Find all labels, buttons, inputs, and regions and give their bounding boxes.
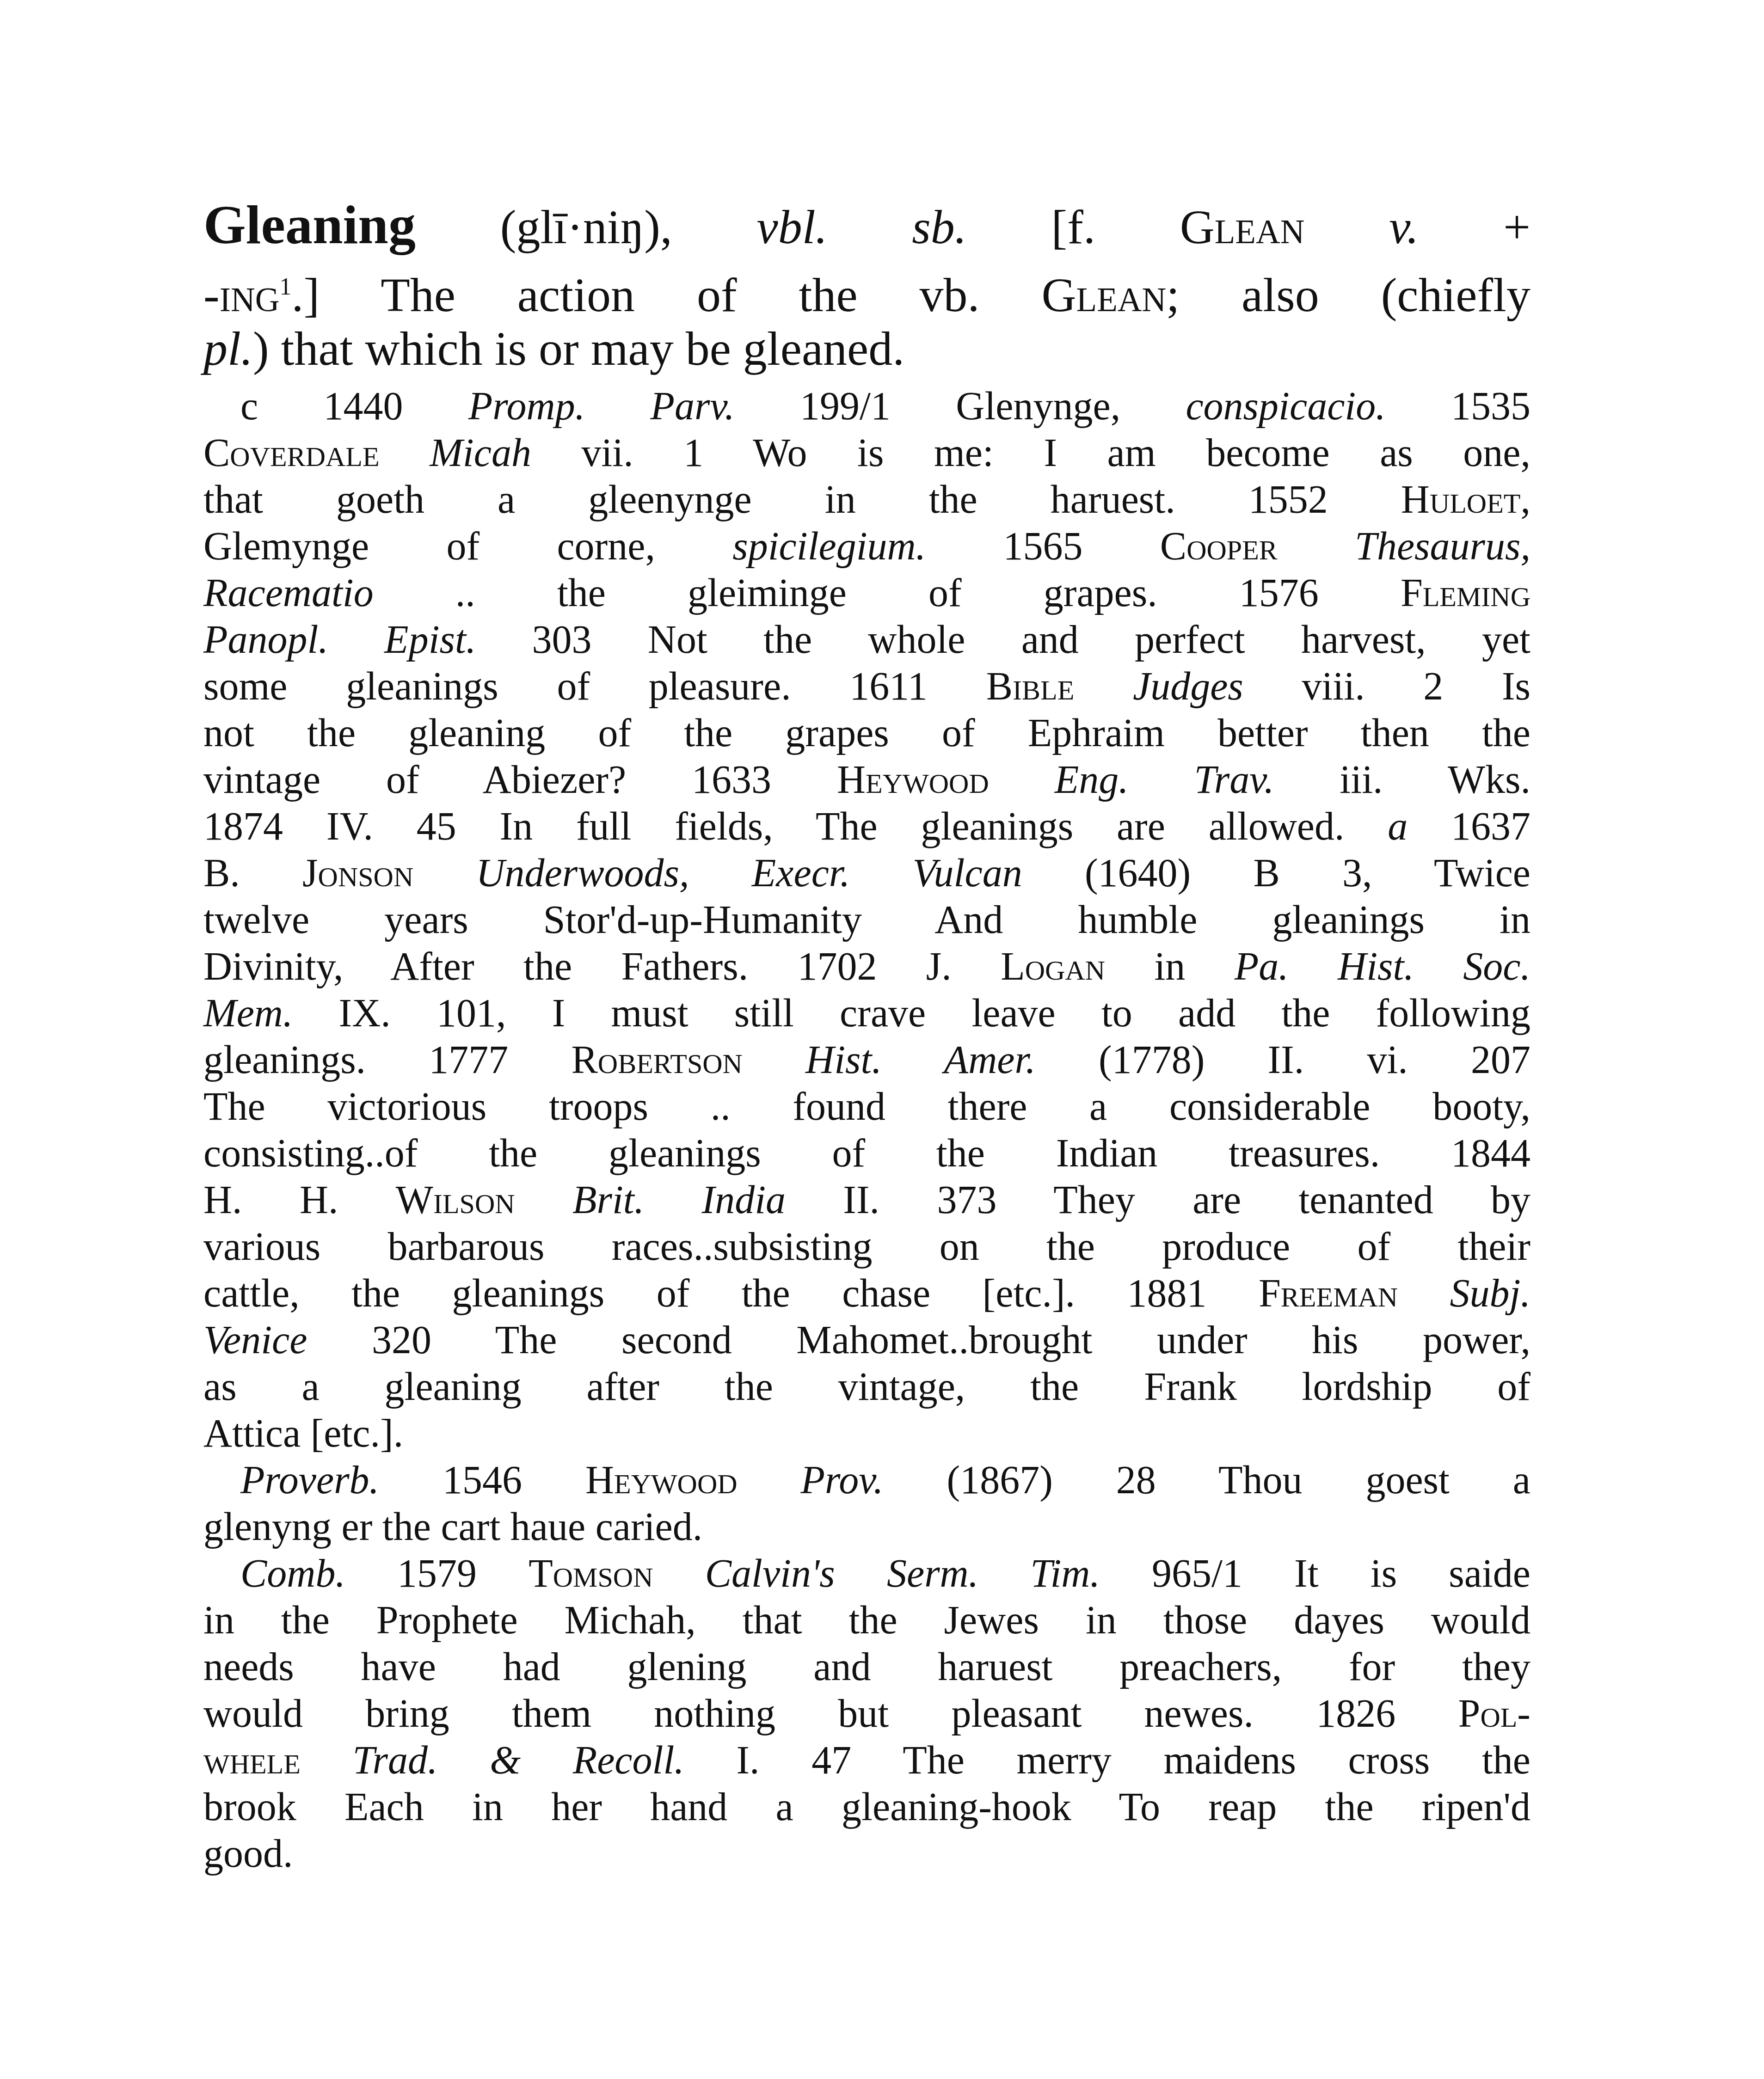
italic-text: Brit. India xyxy=(572,1177,786,1222)
quotation-text: glenyng er the cart haue caried. xyxy=(203,1504,702,1549)
quotation-text xyxy=(653,1551,705,1595)
quotation-text: 1535 xyxy=(1386,384,1530,428)
quotation-text: (1778) II. vi. 207 xyxy=(1036,1037,1530,1082)
quotation-line: would bring them nothing but pleasant ne… xyxy=(203,1690,1530,1737)
quotation-line: B. Jonson Underwoods, Execr. Vulcan (164… xyxy=(203,850,1530,896)
quotation-line: glenyng er the cart haue caried. xyxy=(203,1503,1530,1550)
quotation-line: Comb. 1579 Tomson Calvin's Serm. Tim. 96… xyxy=(203,1550,1530,1597)
quotation-line: cattle, the gleanings of the chase [etc.… xyxy=(203,1270,1530,1317)
quotation-text: that goeth a gleenynge in the haruest. 1… xyxy=(203,477,1401,521)
quotation-text: twelve years Stor'd-up-Humanity And humb… xyxy=(203,897,1530,942)
quotation-text: c 1440 xyxy=(240,384,468,428)
quotation-text: The victorious troops .. found there a c… xyxy=(203,1084,1530,1128)
definition-plural: pl. xyxy=(203,322,253,375)
quotation-text: H. H. xyxy=(203,1177,396,1222)
quotation-line: twelve years Stor'd-up-Humanity And humb… xyxy=(203,896,1530,943)
etymology-plus: + xyxy=(1419,201,1530,254)
quotation-line: as a gleaning after the vintage, the Fra… xyxy=(203,1363,1530,1410)
italic-text: Calvin's Serm. Tim. xyxy=(705,1551,1100,1595)
quotation-text: 1637 xyxy=(1408,804,1530,848)
quotation-text: various barbarous races..subsisting on t… xyxy=(203,1224,1530,1269)
quotation-text: Glemynge of corne, xyxy=(203,524,732,568)
author-name: Heywood xyxy=(837,757,989,802)
author-name: Huloet xyxy=(1401,477,1521,521)
quotation-line: Mem. IX. 101, I must still crave leave t… xyxy=(203,990,1530,1036)
italic-text: Promp. Parv. xyxy=(468,384,735,428)
italic-text: Proverb. xyxy=(240,1458,379,1502)
italic-text: Racematio xyxy=(203,570,374,615)
quotation-text: 303 Not the whole and perfect harvest, y… xyxy=(476,617,1530,662)
italic-text: Comb. xyxy=(240,1551,345,1595)
italic-text: Prov. xyxy=(801,1458,884,1502)
italic-text: Judges xyxy=(1133,664,1243,708)
italic-text: Venice xyxy=(203,1318,307,1362)
author-name: Bible xyxy=(986,664,1075,708)
dictionary-entry: Gleaning (glī·niŋ), vbl. sb. [f. Glean v… xyxy=(203,194,1530,1877)
quotation-text xyxy=(301,1738,353,1782)
author-name: Wilson xyxy=(396,1177,515,1222)
quotation-text: gleanings. 1777 xyxy=(203,1037,571,1082)
quotation-text: some gleanings of pleasure. 1611 xyxy=(203,664,986,708)
quotation-line: H. H. Wilson Brit. India II. 373 They ar… xyxy=(203,1177,1530,1223)
quotation-text: iii. Wks. xyxy=(1274,757,1530,802)
quotation-text xyxy=(738,1458,801,1502)
definition-part-2: ; also (chiefly xyxy=(1166,269,1530,322)
quotations-block: c 1440 Promp. Parv. 199/1 Glenynge, cons… xyxy=(203,383,1530,1877)
author-name: Fleming xyxy=(1401,570,1530,615)
quotation-line: Proverb. 1546 Heywood Prov. (1867) 28 Th… xyxy=(203,1457,1530,1503)
quotation-text: viii. 2 Is xyxy=(1243,664,1530,708)
quotation-text xyxy=(743,1037,805,1082)
quotation-text: I. 47 The merry maidens cross the xyxy=(684,1738,1530,1782)
quotation-line: good. xyxy=(203,1830,1530,1877)
quotation-line: Divinity, After the Fathers. 1702 J. Log… xyxy=(203,943,1530,990)
quotation-line: needs have had glening and haruest preac… xyxy=(203,1644,1530,1690)
definition-ref: Glean xyxy=(1042,269,1167,322)
etymology-ref-pos: v. xyxy=(1304,201,1419,254)
etymology-open: [f. xyxy=(1051,201,1180,254)
italic-text: Pa. Hist. Soc. xyxy=(1235,944,1530,988)
author-name: Robertson xyxy=(571,1037,742,1082)
author-name: whele xyxy=(203,1738,301,1782)
quotation-line: some gleanings of pleasure. 1611 Bible J… xyxy=(203,663,1530,710)
italic-text: Hist. Amer. xyxy=(805,1037,1036,1082)
italic-text: a xyxy=(1388,804,1408,848)
author-name: Jonson xyxy=(302,851,413,895)
quotation-line: c 1440 Promp. Parv. 199/1 Glenynge, cons… xyxy=(203,383,1530,429)
quotation-text: 199/1 Glenynge, xyxy=(735,384,1186,428)
quotation-text: Attica [etc.]. xyxy=(203,1411,403,1455)
etymology-suffix: -ing xyxy=(203,269,279,322)
quotation-text: would bring them nothing but pleasant ne… xyxy=(203,1691,1458,1736)
italic-text: Thesaurus, xyxy=(1355,524,1530,568)
quotation-text: II. 373 They are tenanted by xyxy=(786,1177,1530,1222)
italic-text: spicilegium. xyxy=(732,524,926,568)
definition-part-1: The action of the vb. xyxy=(320,269,1041,322)
quotation-text: (1867) 28 Thou goest a xyxy=(884,1458,1530,1502)
quotation-text: Divinity, After the Fathers. 1702 J. xyxy=(203,944,1001,988)
italic-text: Underwoods, Execr. Vulcan xyxy=(476,851,1022,895)
part-of-speech: vbl. sb. xyxy=(757,201,967,254)
author-name: Heywood xyxy=(585,1458,738,1502)
quotation-text xyxy=(413,851,476,895)
headword: Gleaning xyxy=(203,195,416,255)
quotation-text: in the Prophete Michah, that the Jewes i… xyxy=(203,1598,1530,1642)
quotation-line: Attica [etc.]. xyxy=(203,1410,1530,1457)
quotation-text: brook Each in her hand a gleaning-hook T… xyxy=(203,1785,1530,1829)
quotation-text: 1565 xyxy=(926,524,1160,568)
quotation-text: , xyxy=(1521,477,1531,521)
quotation-text: as a gleaning after the vintage, the Fra… xyxy=(203,1364,1530,1409)
quotation-line: Panopl. Epist. 303 Not the whole and per… xyxy=(203,616,1530,663)
italic-text: Subj. xyxy=(1450,1271,1530,1315)
quotation-text xyxy=(1398,1271,1450,1315)
etymology-ref: Glean xyxy=(1180,201,1305,254)
quotation-line: Venice 320 The second Mahomet..brought u… xyxy=(203,1317,1530,1363)
quotation-line: vintage of Abiezer? 1633 Heywood Eng. Tr… xyxy=(203,756,1530,803)
quotation-text: vintage of Abiezer? 1633 xyxy=(203,757,837,802)
quotation-text: IX. 101, I must still crave leave to add… xyxy=(293,991,1530,1035)
entry-header: Gleaning (glī·niŋ), vbl. sb. [f. Glean v… xyxy=(203,194,1530,380)
author-name: Freeman xyxy=(1259,1271,1398,1315)
quotation-text: in xyxy=(1105,944,1235,988)
header-line-1: Gleaning (glī·niŋ), vbl. sb. [f. Glean v… xyxy=(203,194,1530,256)
quotation-text: 1874 IV. 45 In full fields, The gleaning… xyxy=(203,804,1388,848)
italic-text: Trad. & Recoll. xyxy=(353,1738,684,1782)
quotation-line: 1874 IV. 45 In full fields, The gleaning… xyxy=(203,803,1530,850)
quotation-line: that goeth a gleenynge in the haruest. 1… xyxy=(203,476,1530,523)
author-name: Logan xyxy=(1001,944,1105,988)
quotation-text xyxy=(515,1177,572,1222)
author-name: Tomson xyxy=(529,1551,653,1595)
quotation-text xyxy=(1074,664,1133,708)
quotation-text: 1546 xyxy=(379,1458,585,1502)
italic-text: conspicacio. xyxy=(1186,384,1385,428)
quotation-text xyxy=(380,430,430,475)
author-name: Pol- xyxy=(1458,1691,1530,1736)
author-name: Coverdale xyxy=(203,430,380,475)
quotation-text: consisting..of the gleanings of the Indi… xyxy=(203,1131,1530,1175)
quotation-line: consisting..of the gleanings of the Indi… xyxy=(203,1130,1530,1177)
italic-text: Eng. Trav. xyxy=(1055,757,1274,802)
quotation-line: The victorious troops .. found there a c… xyxy=(203,1083,1530,1130)
quotation-text: B. xyxy=(203,851,302,895)
quotation-text: 320 The second Mahomet..brought under hi… xyxy=(307,1318,1530,1362)
etymology-suffix-sup: 1 xyxy=(279,274,291,300)
quotation-text: needs have had glening and haruest preac… xyxy=(203,1644,1530,1689)
italic-text: Mem. xyxy=(203,991,293,1035)
quotation-line: whele Trad. & Recoll. I. 47 The merry ma… xyxy=(203,1737,1530,1784)
quotation-text: not the gleaning of the grapes of Ephrai… xyxy=(203,711,1530,755)
italic-text: Panopl. Epist. xyxy=(203,617,476,662)
quotation-text: 965/1 It is saide xyxy=(1100,1551,1530,1595)
quotation-text: vii. 1 Wo is me: I am become as one, xyxy=(531,430,1530,475)
quotation-line: various barbarous races..subsisting on t… xyxy=(203,1223,1530,1270)
pronunciation: (glī·niŋ), xyxy=(500,201,672,254)
definition-part-3: ) that which is or may be gleaned. xyxy=(253,322,904,375)
italic-text: Micah xyxy=(430,430,531,475)
quotation-text: (1640) B 3, Twice xyxy=(1022,851,1530,895)
quotation-text xyxy=(1278,524,1355,568)
quotation-line: brook Each in her hand a gleaning-hook T… xyxy=(203,1784,1530,1830)
quotation-line: Racematio .. the gleiminge of grapes. 15… xyxy=(203,570,1530,616)
header-line-3: pl.) that which is or may be gleaned. xyxy=(203,318,1530,380)
quotation-text: good. xyxy=(203,1831,293,1876)
quotation-line: in the Prophete Michah, that the Jewes i… xyxy=(203,1597,1530,1644)
etymology-close: .] xyxy=(291,269,320,322)
header-line-2: -ing1.] The action of the vb. Glean; als… xyxy=(203,256,1530,318)
quotation-line: Glemynge of corne, spicilegium. 1565 Coo… xyxy=(203,523,1530,570)
quotation-line: not the gleaning of the grapes of Ephrai… xyxy=(203,710,1530,756)
quotation-line: Coverdale Micah vii. 1 Wo is me: I am be… xyxy=(203,429,1530,476)
quotation-text xyxy=(989,757,1055,802)
quotation-text: 1579 xyxy=(345,1551,529,1595)
quotation-text: cattle, the gleanings of the chase [etc.… xyxy=(203,1271,1259,1315)
quotation-text: .. the gleiminge of grapes. 1576 xyxy=(374,570,1401,615)
author-name: Cooper xyxy=(1160,524,1278,568)
quotation-line: gleanings. 1777 Robertson Hist. Amer. (1… xyxy=(203,1036,1530,1083)
